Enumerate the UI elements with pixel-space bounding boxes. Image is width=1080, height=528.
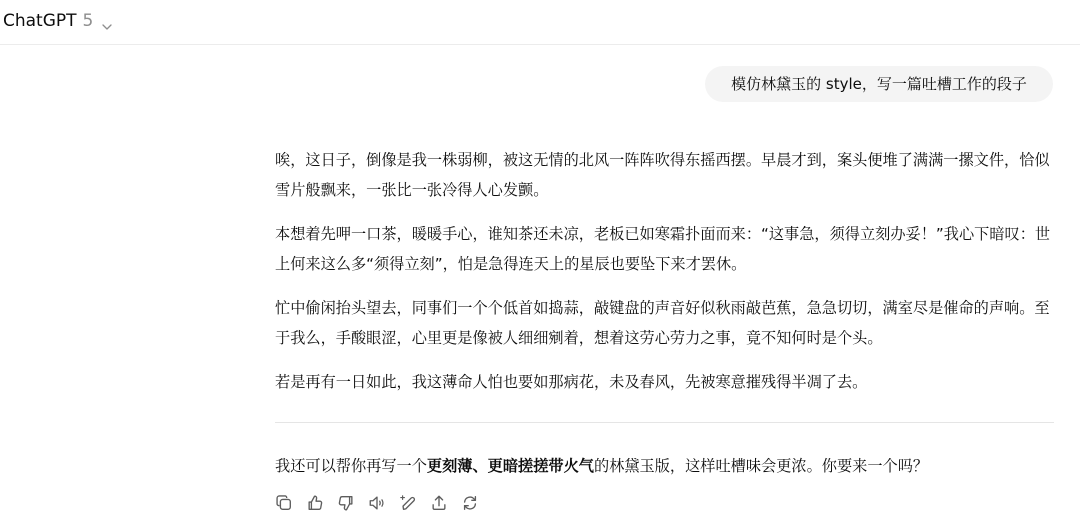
followup-prefix: 我还可以帮你再写一个 <box>275 457 427 475</box>
response-paragraph: 唉，这日子，倒像是我一株弱柳，被这无情的北风一阵阵吹得东摇西摆。早晨才到，案头便… <box>275 145 1055 205</box>
read-aloud-button[interactable] <box>367 494 387 516</box>
followup-offer: 我还可以帮你再写一个更刻薄、更暗搓搓带火气的林黛玉版，这样吐槽味会更浓。你要来一… <box>275 451 1055 481</box>
share-icon <box>430 494 448 516</box>
followup-suffix: 的林黛玉版，这样吐槽味会更浓。你要来一个吗？ <box>594 457 928 475</box>
response-paragraph: 若是再有一日如此，我这薄命人怕也要如那病花，未及春风，先被寒意摧残得半凋了去。 <box>275 367 1055 397</box>
share-button[interactable] <box>429 494 449 516</box>
response-paragraph: 忙中偷闲抬头望去，同事们一个个低首如捣蒜，敲键盘的声音好似秋雨敲芭蕉，急急切切，… <box>275 293 1055 353</box>
copy-icon <box>275 494 293 516</box>
message-actions <box>274 494 483 516</box>
top-bar: ChatGPT 5 <box>0 0 1080 45</box>
speaker-icon <box>368 494 386 516</box>
copy-button[interactable] <box>274 494 294 516</box>
thumbs-up-button[interactable] <box>305 494 325 516</box>
edit-in-canvas-button[interactable] <box>398 494 418 516</box>
thumbs-up-icon <box>306 494 324 516</box>
model-name: ChatGPT <box>3 9 77 33</box>
response-paragraph: 本想着先呷一口茶，暖暖手心，谁知茶还未凉，老板已如寒霜扑面而来：“这事急，须得立… <box>275 219 1055 279</box>
regenerate-icon <box>461 494 479 516</box>
model-selector[interactable]: ChatGPT 5 <box>3 9 113 33</box>
thumbs-down-icon <box>337 494 355 516</box>
user-message-bubble: 模仿林黛玉的 style，写一篇吐槽工作的段子 <box>705 66 1053 102</box>
pencil-sparkle-icon <box>399 494 417 516</box>
regenerate-button[interactable] <box>460 494 480 516</box>
divider <box>275 422 1054 423</box>
chevron-down-icon <box>101 16 113 28</box>
thumbs-down-button[interactable] <box>336 494 356 516</box>
followup-bold: 更刻薄、更暗搓搓带火气 <box>427 457 594 475</box>
assistant-response: 唉，这日子，倒像是我一株弱柳，被这无情的北风一阵阵吹得东摇西摆。早晨才到，案头便… <box>275 145 1055 411</box>
model-version: 5 <box>83 9 94 33</box>
